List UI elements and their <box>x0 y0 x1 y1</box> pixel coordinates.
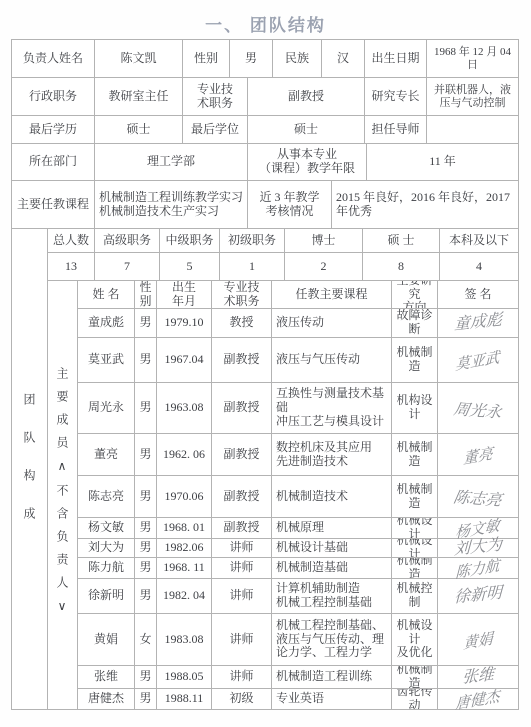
member-gender: 男 <box>135 309 157 338</box>
member-courses: 机械制造基础 <box>272 558 392 579</box>
mentor-value <box>427 116 518 144</box>
member-birth: 1988.11 <box>157 689 212 709</box>
scanned-form-page: 一、 团队结构 负责人姓名 陈文凯 性别 男 民族 汉 出生日期 1968 年 … <box>0 0 531 727</box>
member-gender: 男 <box>135 338 157 383</box>
member-research: 机械控制 <box>392 579 438 614</box>
member-signature-cell: 杨文敏 <box>438 518 518 539</box>
member-row: 陈力航 男 1968. 11 讲师 机械制造基础 机械制造 陈力航 <box>78 558 518 579</box>
member-birth: 1968. 11 <box>157 558 212 579</box>
member-name: 张维 <box>78 666 135 689</box>
member-signature-cell: 刘大为 <box>438 539 518 558</box>
member-title: 教授 <box>212 309 272 338</box>
member-name: 陈志亮 <box>78 476 135 518</box>
member-row: 张维 男 1988.05 讲师 机械制造工程训练 机械制造 张维 <box>78 666 518 689</box>
leader-row-5: 主要任教课程 机械制造工程训练教学实习 机械制造技术生产实习 近 3 年教学 考… <box>12 181 518 229</box>
member-signature: 莫亚武 <box>455 350 500 375</box>
stats-value-bachelor: 4 <box>440 253 518 281</box>
member-signature-cell: 童成彪 <box>438 309 518 338</box>
member-signature: 刘大为 <box>454 536 502 560</box>
member-title: 副教授 <box>212 383 272 434</box>
members-table: 姓 名 性 别 出生 年月 专业技 术职务 任教主要课程 主要研究 方向 签 名… <box>78 281 518 709</box>
member-signature-cell: 徐新明 <box>438 579 518 614</box>
member-signature-cell: 张维 <box>438 666 518 689</box>
member-research: 机械制造 <box>392 558 438 579</box>
last-degree-value: 硕士 <box>248 116 365 144</box>
leader-row-3: 最后学历 硕士 最后学位 硕士 担任导师 <box>12 116 518 144</box>
member-courses: 专业英语 <box>272 689 392 709</box>
member-signature: 张维 <box>462 666 494 688</box>
stats-header-phd: 博士 <box>285 229 363 253</box>
member-signature: 陈志亮 <box>452 490 503 512</box>
member-signature-cell: 董亮 <box>438 434 518 476</box>
member-courses: 互换性与测量技术基础 冲压工艺与模具设计 <box>272 383 392 434</box>
member-name: 莫亚武 <box>78 338 135 383</box>
member-birth: 1988.05 <box>157 666 212 689</box>
member-gender: 男 <box>135 579 157 614</box>
member-signature-cell: 陈力航 <box>438 558 518 579</box>
member-research: 齿轮传动 <box>392 689 438 709</box>
member-signature-cell: 周光永 <box>438 383 518 434</box>
stats-value-junior: 1 <box>220 253 285 281</box>
stats-value-total: 13 <box>48 253 95 281</box>
member-name: 董亮 <box>78 434 135 476</box>
stats-value-senior: 7 <box>95 253 160 281</box>
member-name: 童成彪 <box>78 309 135 338</box>
member-row: 唐健杰 男 1988.11 初级 专业英语 齿轮传动 唐健杰 <box>78 689 518 709</box>
member-name: 陈力航 <box>78 558 135 579</box>
member-birth: 1982.06 <box>157 539 212 558</box>
member-research: 机械制造 <box>392 476 438 518</box>
stats-header-bachelor: 本科及以下 <box>440 229 518 253</box>
member-research: 机械制造 <box>392 434 438 476</box>
stats-header-total: 总人数 <box>48 229 95 253</box>
member-title: 讲师 <box>212 614 272 666</box>
mentor-label: 担任导师 <box>365 116 427 144</box>
ethnicity-value: 汉 <box>322 40 365 78</box>
stats-value-phd: 2 <box>285 253 363 281</box>
stats-header-mid: 中级职务 <box>160 229 220 253</box>
member-signature: 童成彪 <box>454 311 502 335</box>
member-signature: 周光永 <box>452 401 503 423</box>
leader-name-value: 陈文凯 <box>95 40 183 78</box>
stats-header-row: 总人数 高级职务 中级职务 初级职务 博士 硕 士 本科及以下 <box>48 229 518 253</box>
member-title: 初级 <box>212 689 272 709</box>
stats-value-mid: 5 <box>160 253 220 281</box>
assessment-label: 近 3 年教学 考核情况 <box>248 181 332 229</box>
members-header-title: 专业技 术职务 <box>212 281 272 309</box>
member-signature-cell: 唐健杰 <box>438 689 518 709</box>
admin-post-value: 教研室主任 <box>95 78 183 116</box>
teaching-years-label: 从事本专业 （课程）教学年限 <box>248 144 367 181</box>
member-title: 讲师 <box>212 579 272 614</box>
admin-post-label: 行政职务 <box>12 78 95 116</box>
member-row: 周光永 男 1963.08 副教授 互换性与测量技术基础 冲压工艺与模具设计 机… <box>78 383 518 434</box>
composition-right: 总人数 高级职务 中级职务 初级职务 博士 硕 士 本科及以下 13 7 5 1… <box>48 229 518 709</box>
member-research: 机械设计 <box>392 518 438 539</box>
last-education-label: 最后学历 <box>12 116 95 144</box>
member-birth: 1970.06 <box>157 476 212 518</box>
member-gender: 男 <box>135 476 157 518</box>
member-gender: 男 <box>135 689 157 709</box>
member-research: 机械制造 <box>392 666 438 689</box>
composition-section: 团队构成 总人数 高级职务 中级职务 初级职务 博士 硕 士 本科及以下 13 … <box>12 229 518 709</box>
last-education-value: 硕士 <box>95 116 183 144</box>
stats-header-junior: 初级职务 <box>220 229 285 253</box>
members-label: 主要成员∧不含负责人∨ <box>54 367 71 624</box>
page-title: 一、 团队结构 <box>0 0 531 36</box>
member-signature: 唐健杰 <box>455 689 500 714</box>
leader-name-label: 负责人姓名 <box>12 40 95 78</box>
member-name: 刘大为 <box>78 539 135 558</box>
member-research: 机构设计 <box>392 383 438 434</box>
stats-header-master: 硕 士 <box>363 229 440 253</box>
member-gender: 男 <box>135 666 157 689</box>
member-row: 童成彪 男 1979.10 教授 液压传动 故障诊断 童成彪 <box>78 309 518 338</box>
member-gender: 男 <box>135 383 157 434</box>
member-courses: 机械原理 <box>272 518 392 539</box>
member-courses: 计算机辅助制造 机械工程控制基础 <box>272 579 392 614</box>
research-specialty-label: 研究专长 <box>365 78 427 116</box>
members-header-courses: 任教主要课程 <box>272 281 392 309</box>
member-birth: 1962. 06 <box>157 434 212 476</box>
teaching-years-value: 11 年 <box>367 144 518 181</box>
member-gender: 男 <box>135 434 157 476</box>
member-birth: 1963.08 <box>157 383 212 434</box>
member-signature: 黄娟 <box>463 631 493 654</box>
composition-label: 团队构成 <box>21 393 38 545</box>
member-courses: 机械设计基础 <box>272 539 392 558</box>
member-birth: 1968. 01 <box>157 518 212 539</box>
assessment-value: 2015 年良好，2016 年良好，2017 年优秀 <box>332 181 518 229</box>
member-row: 陈志亮 男 1970.06 副教授 机械制造技术 机械制造 陈志亮 <box>78 476 518 518</box>
member-title: 副教授 <box>212 476 272 518</box>
member-row: 莫亚武 男 1967.04 副教授 液压与气压传动 机械制造 莫亚武 <box>78 338 518 383</box>
birth-date-label: 出生日期 <box>365 40 427 78</box>
ethnicity-label: 民族 <box>273 40 322 78</box>
main-courses-value: 机械制造工程训练教学实习 机械制造技术生产实习 <box>95 181 248 229</box>
member-title: 副教授 <box>212 518 272 539</box>
members-header-row: 姓 名 性 别 出生 年月 专业技 术职务 任教主要课程 主要研究 方向 签 名 <box>78 281 518 309</box>
member-birth: 1979.10 <box>157 309 212 338</box>
stats-value-row: 13 7 5 1 2 8 4 <box>48 253 518 281</box>
member-birth: 1983.08 <box>157 614 212 666</box>
tech-post-label: 专业技 术职务 <box>183 78 248 116</box>
members-header-signature: 签 名 <box>438 281 518 309</box>
member-courses: 液压与气压传动 <box>272 338 392 383</box>
member-row: 徐新明 男 1982. 04 讲师 计算机辅助制造 机械工程控制基础 机械控制 … <box>78 579 518 614</box>
member-research: 机械设计 及优化 <box>392 614 438 666</box>
member-signature-cell: 莫亚武 <box>438 338 518 383</box>
leader-row-2: 行政职务 教研室主任 专业技 术职务 副教授 研究专长 并联机器人，液压与气动控… <box>12 78 518 116</box>
member-signature-cell: 黄娟 <box>438 614 518 666</box>
department-value: 理工学部 <box>95 144 248 181</box>
member-title: 讲师 <box>212 666 272 689</box>
research-specialty-value: 并联机器人，液压与气动控制 <box>427 78 518 116</box>
members-header-birth: 出生 年月 <box>157 281 212 309</box>
members-header-research: 主要研究 方向 <box>392 281 438 309</box>
member-row: 黄娟 女 1983.08 讲师 机械工程控制基础、液压与气压传动、理论力学、工程… <box>78 614 518 666</box>
member-courses: 液压传动 <box>272 309 392 338</box>
member-courses: 机械制造工程训练 <box>272 666 392 689</box>
member-title: 讲师 <box>212 558 272 579</box>
member-title: 副教授 <box>212 338 272 383</box>
members-header-gender: 性 别 <box>135 281 157 309</box>
team-structure-table: 负责人姓名 陈文凯 性别 男 民族 汉 出生日期 1968 年 12 月 04 … <box>11 39 519 710</box>
member-name: 周光永 <box>78 383 135 434</box>
member-title: 讲师 <box>212 539 272 558</box>
member-signature-cell: 陈志亮 <box>438 476 518 518</box>
member-row: 董亮 男 1962. 06 副教授 数控机床及其应用 先进制造技术 机械制造 董… <box>78 434 518 476</box>
members-header-name: 姓 名 <box>78 281 135 309</box>
member-courses: 机械工程控制基础、液压与气压传动、理论力学、工程力学 <box>272 614 392 666</box>
member-row: 杨文敏 男 1968. 01 副教授 机械原理 机械设计 杨文敏 <box>78 518 518 539</box>
member-courses: 机械制造技术 <box>272 476 392 518</box>
member-gender: 女 <box>135 614 157 666</box>
stats-header-senior: 高级职务 <box>95 229 160 253</box>
member-name: 徐新明 <box>78 579 135 614</box>
tech-post-value: 副教授 <box>248 78 365 116</box>
member-courses: 数控机床及其应用 先进制造技术 <box>272 434 392 476</box>
member-gender: 男 <box>135 558 157 579</box>
member-name: 杨文敏 <box>78 518 135 539</box>
member-gender: 男 <box>135 539 157 558</box>
gender-label: 性别 <box>183 40 230 78</box>
member-row: 刘大为 男 1982.06 讲师 机械设计基础 机械设计 刘大为 <box>78 539 518 558</box>
members-section: 主要成员∧不含负责人∨ 姓 名 性 别 出生 年月 专业技 术职务 任教主要课程… <box>48 281 518 709</box>
leader-row-4: 所在部门 理工学部 从事本专业 （课程）教学年限 11 年 <box>12 144 518 181</box>
composition-label-cell: 团队构成 <box>12 229 48 709</box>
member-title: 副教授 <box>212 434 272 476</box>
stats-value-master: 8 <box>363 253 440 281</box>
department-label: 所在部门 <box>12 144 95 181</box>
last-degree-label: 最后学位 <box>183 116 248 144</box>
main-courses-label: 主要任教课程 <box>12 181 95 229</box>
member-signature: 董亮 <box>463 446 493 469</box>
member-research: 机械制造 <box>392 338 438 383</box>
member-research: 机械设计 <box>392 539 438 558</box>
member-birth: 1982. 04 <box>157 579 212 614</box>
member-name: 黄娟 <box>78 614 135 666</box>
members-label-cell: 主要成员∧不含负责人∨ <box>48 281 78 709</box>
member-name: 唐健杰 <box>78 689 135 709</box>
member-birth: 1967.04 <box>157 338 212 383</box>
member-signature: 徐新明 <box>454 584 502 608</box>
leader-row-1: 负责人姓名 陈文凯 性别 男 民族 汉 出生日期 1968 年 12 月 04 … <box>12 40 518 78</box>
member-gender: 男 <box>135 518 157 539</box>
birth-date-value: 1968 年 12 月 04 日 <box>427 40 518 78</box>
member-research: 故障诊断 <box>392 309 438 338</box>
gender-value: 男 <box>230 40 273 78</box>
